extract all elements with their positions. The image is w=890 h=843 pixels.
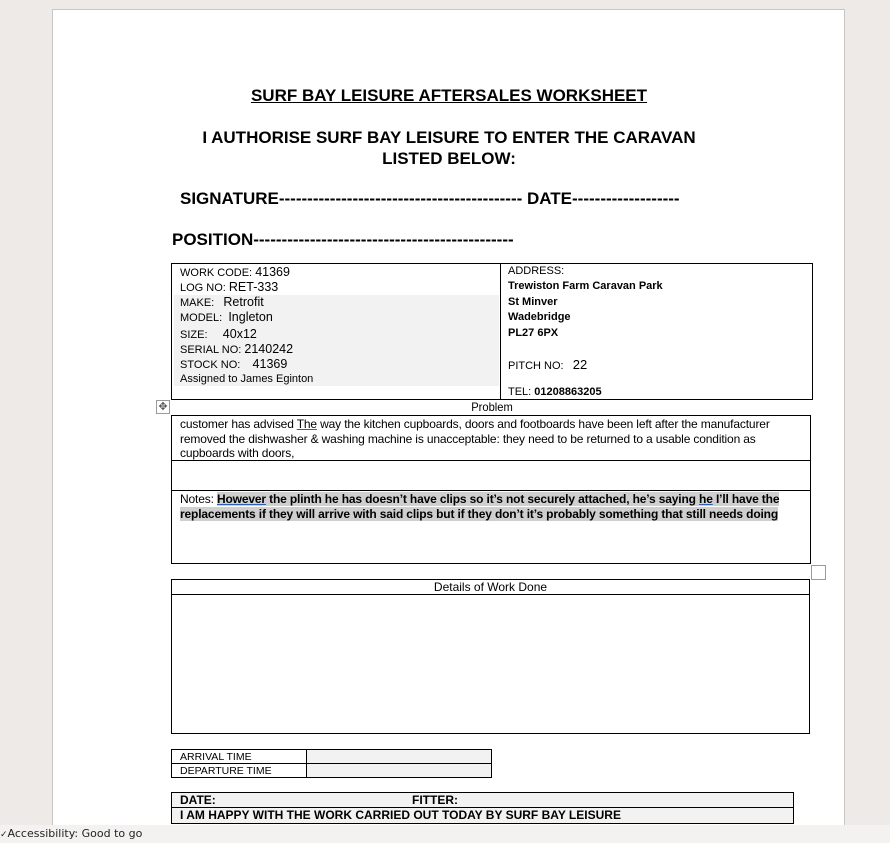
date-fitter-row[interactable]: DATE: FITTER: — [172, 793, 793, 808]
work-done-header: Details of Work Done — [172, 580, 809, 595]
status-bar: ✓Accessibility: Good to go — [0, 825, 890, 843]
position-line: POSITION--------------------------------… — [172, 230, 514, 250]
departure-label: DEPARTURE TIME — [172, 764, 307, 778]
grammar-flag[interactable]: However — [217, 492, 266, 506]
authorisation-heading: I AUTHORISE SURF BAY LEISURE TO ENTER TH… — [0, 127, 890, 169]
checkmark-icon: ✓ — [0, 830, 8, 840]
stock-row: STOCK NO: 41369 — [180, 357, 287, 371]
size-row: SIZE: 40x12 — [180, 327, 257, 341]
assigned-row: Assigned to James Eginton — [180, 373, 313, 385]
work-code-value: 41369 — [255, 265, 290, 279]
pitch-value: 22 — [573, 357, 587, 372]
make-row: MAKE: Retrofit — [180, 295, 264, 309]
make-value: Retrofit — [223, 295, 263, 309]
log-no-value: RET-333 — [229, 280, 278, 294]
document-title: SURF BAY LEISURE AFTERSALES WORKSHEET — [0, 86, 890, 106]
satisfaction-statement: I AM HAPPY WITH THE WORK CARRIED OUT TOD… — [172, 808, 793, 823]
departure-time-field[interactable] — [307, 764, 492, 778]
departure-row: DEPARTURE TIME — [172, 764, 492, 778]
column-divider — [500, 264, 501, 399]
work-code-row: WORK CODE: 41369 — [180, 265, 290, 279]
address-label: ADDRESS: — [508, 265, 564, 277]
row-divider — [172, 460, 810, 461]
address-line-1: Trewiston Farm Caravan Park — [508, 280, 663, 292]
arrival-time-field[interactable] — [307, 750, 492, 764]
arrival-label: ARRIVAL TIME — [172, 750, 307, 764]
model-row: MODEL: Ingleton — [180, 310, 273, 324]
stock-value: 41369 — [253, 357, 288, 371]
log-no-row: LOG NO: RET-333 — [180, 280, 278, 294]
notes-text[interactable]: Notes: However the plinth he has doesn’t… — [180, 492, 800, 521]
tel-value: 01208863205 — [534, 386, 601, 398]
authorisation-line-1: I AUTHORISE SURF BAY LEISURE TO ENTER TH… — [0, 127, 890, 148]
address-line-2: St Minver — [508, 296, 558, 308]
pitch-row: PITCH NO: 22 — [508, 357, 587, 372]
serial-value: 2140242 — [244, 342, 293, 356]
caravan-info-table: WORK CODE: 41369 LOG NO: RET-333 MAKE: R… — [171, 263, 813, 400]
problem-table[interactable]: customer has advised The way the kitchen… — [171, 415, 811, 564]
address-line-3: Wadebridge — [508, 311, 571, 323]
problem-description[interactable]: customer has advised The way the kitchen… — [180, 417, 800, 461]
address-line-4: PL27 6PX — [508, 327, 558, 339]
row-divider — [172, 490, 810, 491]
model-value: Ingleton — [228, 310, 272, 324]
tel-row: TEL: 01208863205 — [508, 386, 602, 398]
serial-row: SERIAL NO: 2140242 — [180, 342, 293, 356]
grammar-flag[interactable]: he — [699, 492, 713, 506]
times-table: ARRIVAL TIME DEPARTURE TIME — [171, 749, 492, 778]
table-move-handle-icon[interactable]: ✥ — [156, 400, 170, 414]
accessibility-status[interactable]: ✓Accessibility: Good to go — [0, 825, 142, 843]
authorisation-line-2: LISTED BELOW: — [0, 148, 890, 169]
grammar-flag[interactable]: The — [297, 417, 317, 431]
size-value: 40x12 — [223, 327, 257, 341]
arrival-row: ARRIVAL TIME — [172, 750, 492, 764]
signature-date-line: SIGNATURE-------------------------------… — [180, 189, 680, 209]
work-done-table[interactable]: Details of Work Done — [171, 579, 810, 734]
date-label: DATE: — [180, 793, 216, 808]
table-resize-handle-icon[interactable] — [811, 565, 826, 580]
sign-off-table: DATE: FITTER: I AM HAPPY WITH THE WORK C… — [171, 792, 794, 824]
fitter-label: FITTER: — [412, 793, 458, 808]
problem-header: Problem — [193, 400, 790, 415]
